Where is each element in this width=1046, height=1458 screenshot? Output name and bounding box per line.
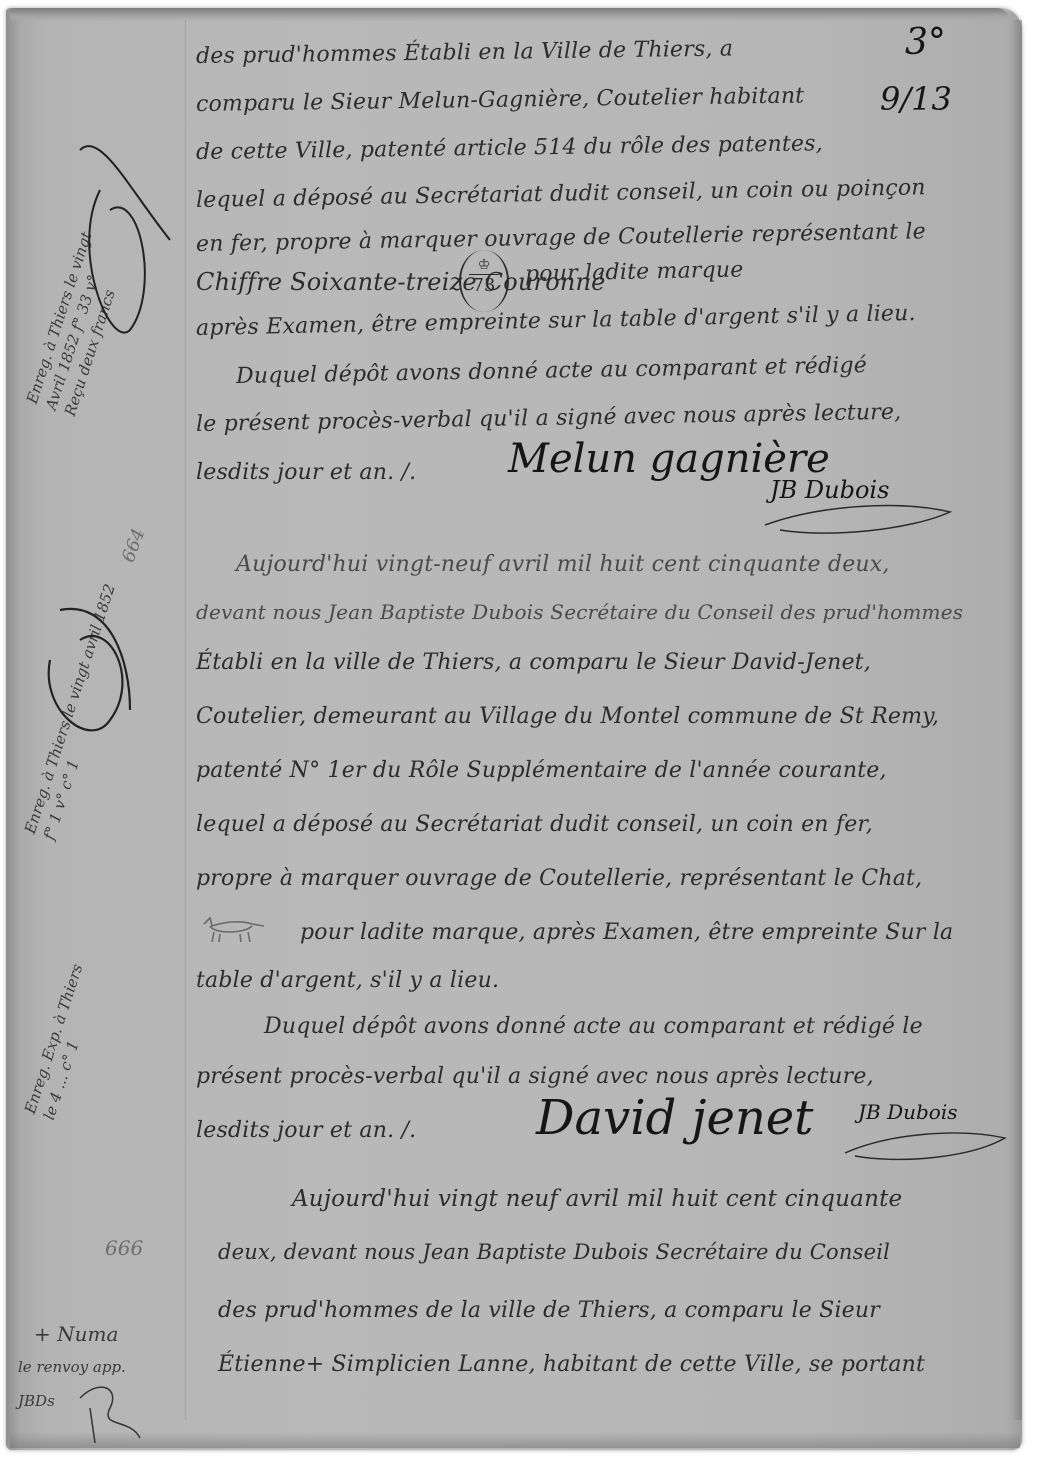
entry2-line-11: présent procès-verbal qu'il a signé avec…: [196, 1064, 874, 1089]
entry2-line-9: table d'argent, s'il y a lieu.: [196, 968, 499, 993]
mark-number: 73: [469, 274, 499, 297]
entry2-line-6: lequel a déposé au Secrétariat dudit con…: [196, 812, 873, 837]
entry2-line-12: lesdits jour et an. /.: [196, 1118, 416, 1143]
signature-flourish-1: [760, 500, 960, 540]
entry2-line-8: pour ladite marque, après Examen, être e…: [300, 920, 953, 945]
folio-number: 3°: [905, 22, 946, 63]
entry3-line-4: Étienne+ Simplicien Lanne, habitant de c…: [218, 1352, 925, 1377]
entry2-line-1: Aujourd'hui vingt-neuf avril mil huit ce…: [236, 552, 890, 577]
entry2-line-7: propre à marquer ouvrage de Coutellerie,…: [196, 866, 922, 891]
folio-fraction: 9/13: [880, 80, 952, 118]
pencil-number-666: 666: [105, 1236, 143, 1260]
crown-icon: ♔: [461, 256, 507, 274]
entry3-line-2: deux, devant nous Jean Baptiste Dubois S…: [218, 1240, 890, 1264]
entry1-line-7: pour ladite marque: [525, 257, 744, 287]
signature-flourish-2: [840, 1128, 1010, 1168]
entry3-line-3: des prud'hommes de la ville de Thiers, a…: [218, 1298, 880, 1323]
margin-fold-line: [185, 20, 186, 1420]
signature-jb-dubois-2: JB Dubois: [858, 1100, 958, 1124]
margin-footnote-renvoy: le renvoy app.: [18, 1358, 126, 1376]
paper-bottom-edge: [10, 1432, 1020, 1448]
paper-top-edge: [10, 8, 1010, 22]
margin-paraph-2: [40, 600, 150, 750]
margin-paraph-3: [70, 1378, 150, 1448]
crowned-73-mark: ♔ 73: [459, 250, 509, 312]
signature-david-jenet: David jenet: [536, 1090, 813, 1146]
entry1-line-11: lesdits jour et an. /.: [196, 460, 416, 485]
entry2-line-5: patenté N° 1er du Rôle Supplémentaire de…: [196, 758, 887, 783]
entry2-line-3: Établi en la ville de Thiers, a comparu …: [196, 650, 871, 675]
paper-right-edge: [1012, 20, 1022, 1420]
cat-mark-sketch: [200, 912, 270, 946]
entry3-line-1: Aujourd'hui vingt neuf avril mil huit ce…: [292, 1186, 902, 1212]
margin-footnote-initials: JBDs: [18, 1392, 55, 1410]
entry2-line-4: Coutelier, demeurant au Village du Monte…: [196, 704, 939, 729]
entry2-line-2: devant nous Jean Baptiste Dubois Secréta…: [196, 600, 963, 624]
margin-paraph-1: [70, 130, 180, 370]
margin-footnote-numa: + Numa: [34, 1322, 118, 1346]
entry2-line-10: Duquel dépôt avons donné acte au compara…: [264, 1014, 923, 1039]
scanned-page: 3° 9/13 des prud'hommes Établi en la Vil…: [0, 0, 1046, 1458]
